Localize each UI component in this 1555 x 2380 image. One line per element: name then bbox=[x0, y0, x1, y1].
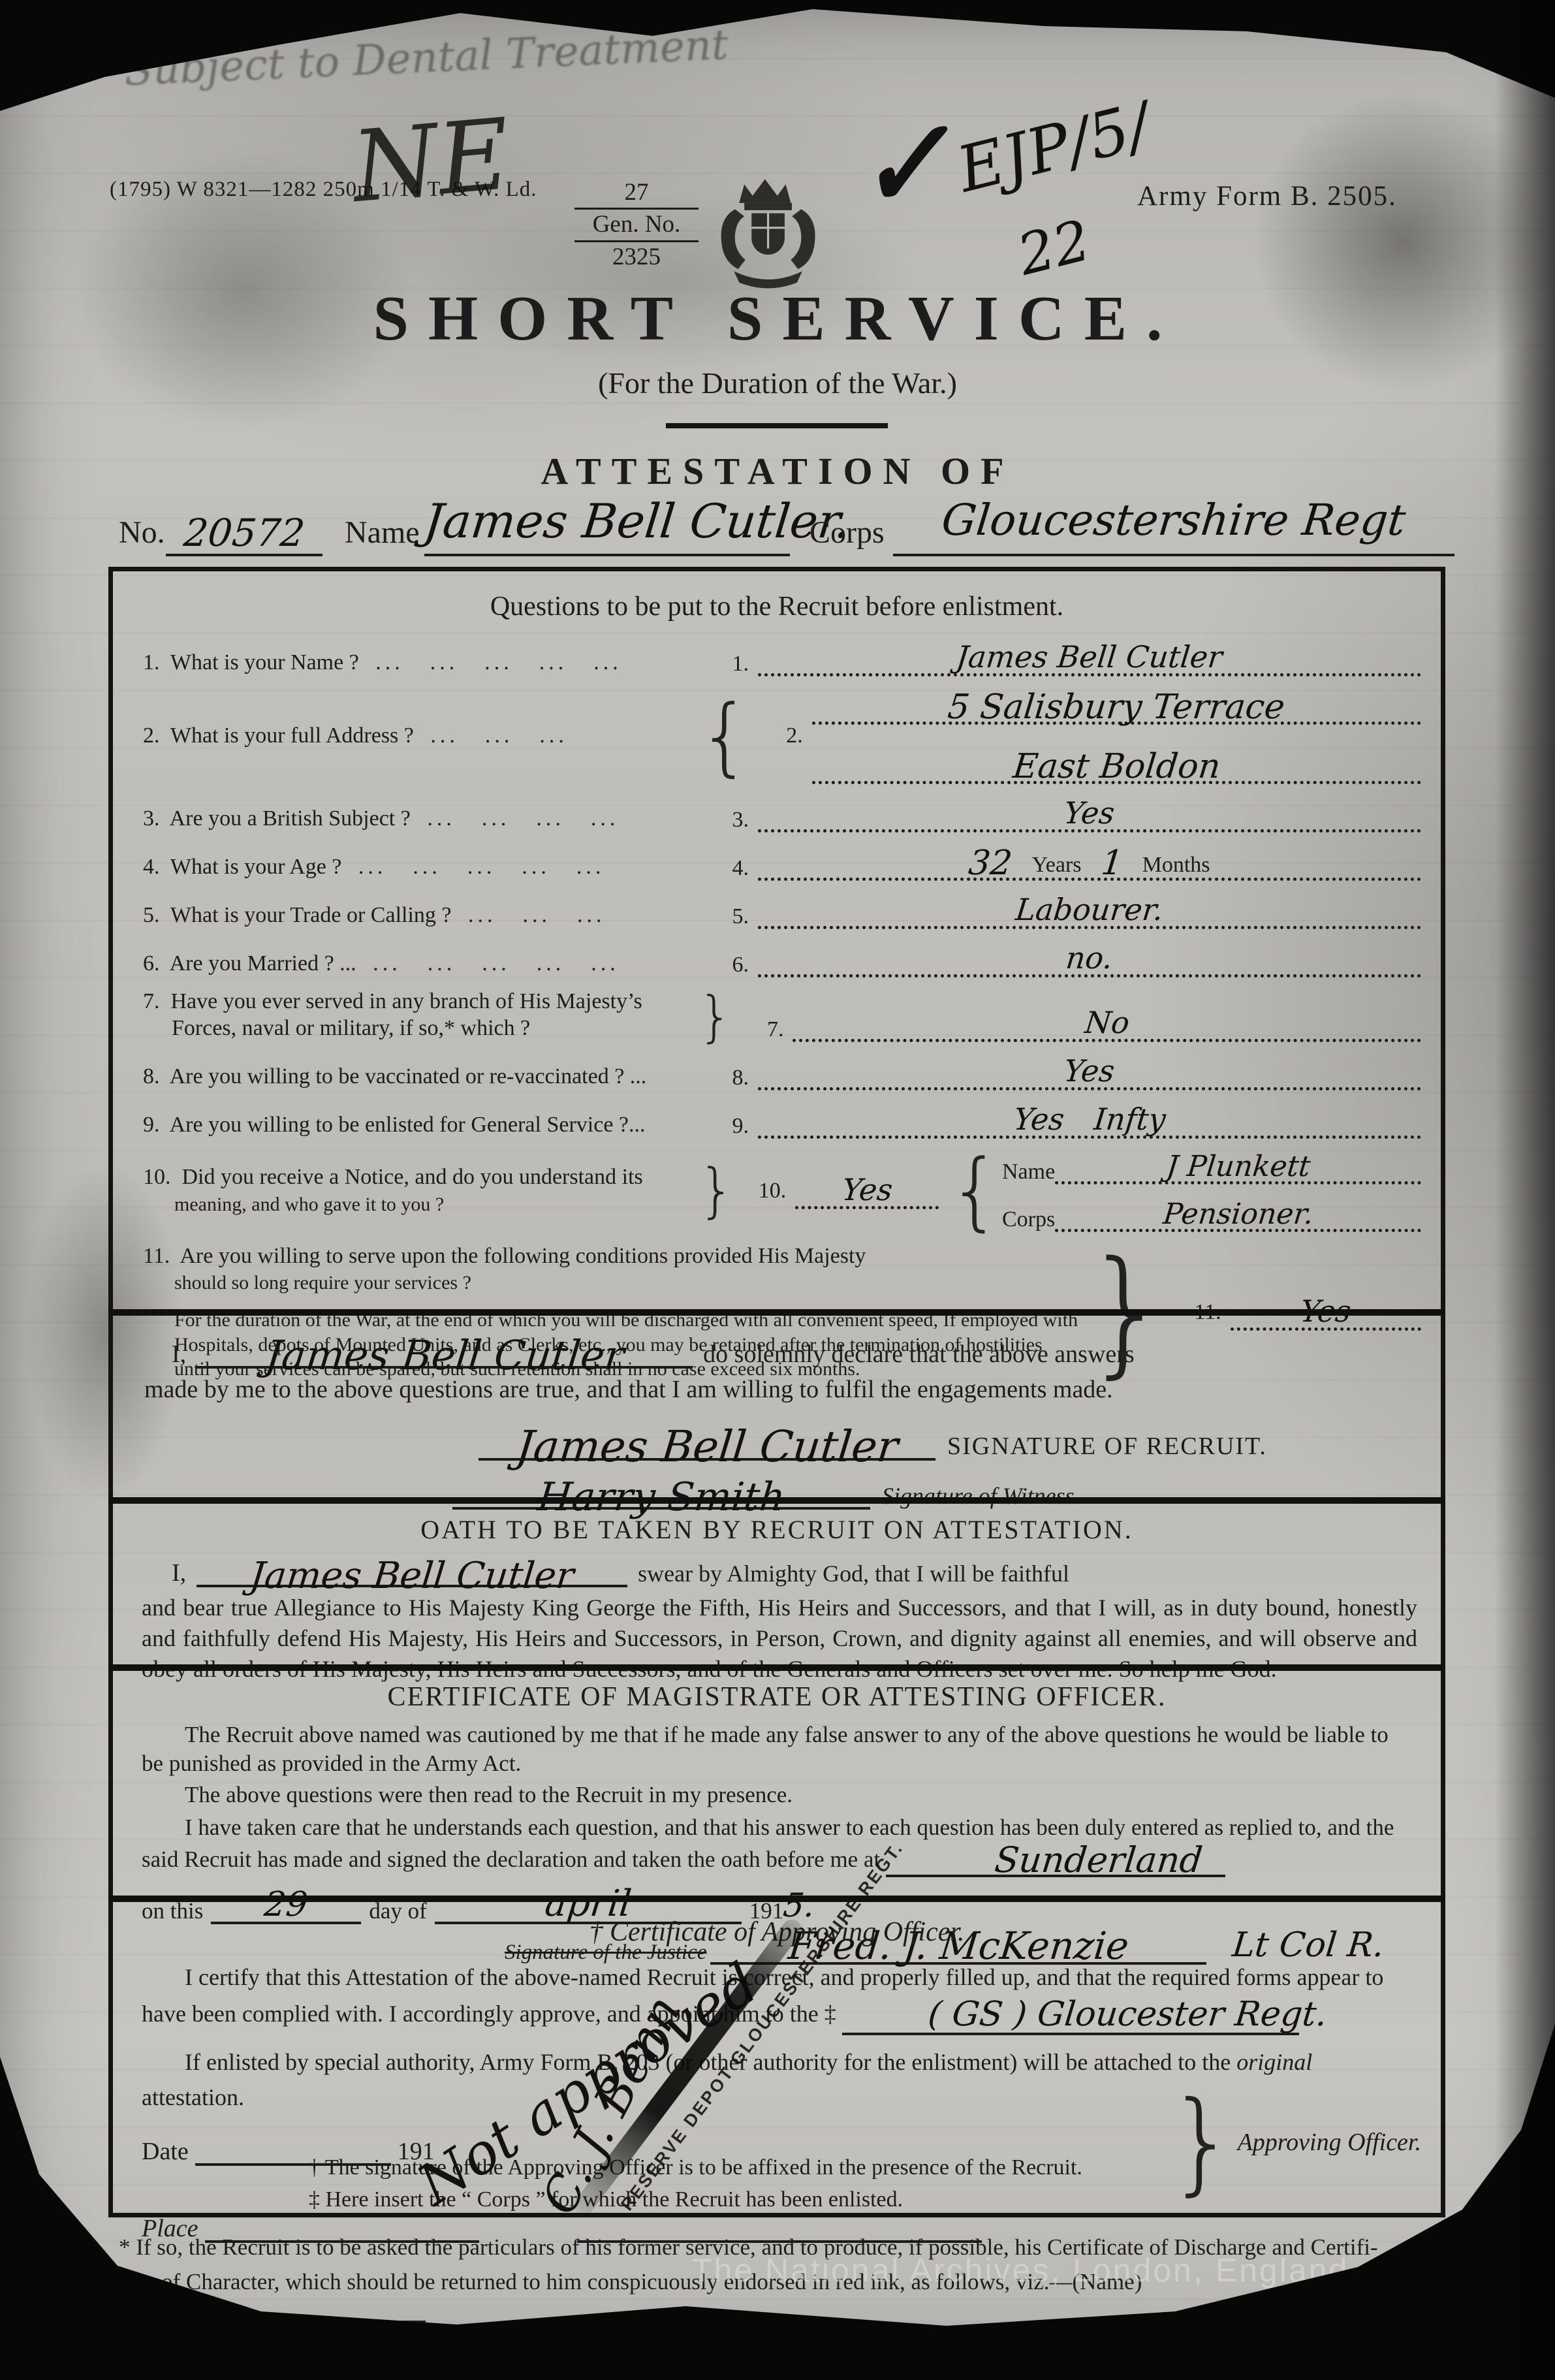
q5-answer-num: 5. bbox=[698, 904, 758, 929]
q2-answer-line1: 5 Salisbury Terrace bbox=[812, 688, 1421, 725]
q9-text: Are you willing to be enlisted for Gener… bbox=[170, 1113, 646, 1137]
magistrate-care-text: I have taken care that he understands ea… bbox=[142, 1812, 1415, 1878]
q10-answer-num: 10. bbox=[735, 1179, 795, 1203]
no-label: No. bbox=[119, 515, 165, 550]
footnote-line-3: enlisted in the (Regiment) on the (Date) bbox=[119, 2334, 1444, 2368]
q8-text: Are you willing to be vaccinated or re-v… bbox=[170, 1064, 647, 1088]
paper-sheet: Subject to Dental Treatment (1795) W 832… bbox=[0, 0, 1555, 2380]
q8-num: 8. bbox=[143, 1064, 160, 1088]
footnote-regiment-blank bbox=[371, 2355, 652, 2358]
handwritten-ejp-mark: EJP/5/ bbox=[950, 89, 1157, 207]
approving-officer-brace-block: } Approving Officer. bbox=[1167, 2098, 1421, 2187]
declaration-name-line: James Bell Cutler bbox=[196, 1333, 693, 1369]
appointed-corps-line: ( GS ) Gloucester Regt. bbox=[842, 1996, 1299, 2035]
q1-dots: ... ... ... ... ... bbox=[375, 650, 622, 674]
q2-answer-address2: East Boldon bbox=[1011, 750, 1222, 784]
oath-place-value: Sunderland bbox=[950, 1848, 1204, 1873]
q5-dots: ... ... ... bbox=[468, 903, 606, 927]
q7-answer-line: No bbox=[793, 1005, 1421, 1042]
oath-place-line: Sunderland bbox=[886, 1843, 1225, 1877]
q10-corps-line: Pensioner. bbox=[1055, 1198, 1421, 1232]
question-row-3: 3. Are you a British Subject ? ... ... .… bbox=[143, 795, 1421, 833]
q1-text: What is your Name ? bbox=[170, 650, 359, 674]
approving-officer-label: Approving Officer. bbox=[1238, 2128, 1421, 2157]
q2-num: 2. bbox=[143, 723, 160, 748]
q7-text-line1: Have you ever served in any branch of Hi… bbox=[171, 989, 642, 1013]
q4-text: What is your Age ? bbox=[170, 855, 342, 879]
name-value-line: James Bell Cutler. bbox=[424, 465, 790, 556]
oath-prefix: I, bbox=[172, 1559, 186, 1587]
question-row-9: 9. Are you willing to be enlisted for Ge… bbox=[143, 1102, 1421, 1139]
footnote-name-blank bbox=[119, 2321, 426, 2323]
q11-num: 11. bbox=[143, 1244, 170, 1268]
q10-name-line: J Plunkett bbox=[1055, 1150, 1421, 1184]
magistrate-heading: CERTIFICATE OF MAGISTRATE OR ATTESTING O… bbox=[113, 1681, 1441, 1713]
q3-answer: Yes bbox=[1063, 798, 1116, 828]
q10-answer: Yes bbox=[840, 1175, 894, 1205]
gen-no-top: 27 bbox=[574, 178, 699, 210]
no-value-line: 20572 bbox=[166, 477, 322, 556]
q4-months-label: Months bbox=[1142, 853, 1210, 878]
section-divider bbox=[108, 1896, 1445, 1902]
q5-answer-line: Labourer. bbox=[758, 892, 1421, 929]
q10-corps-value: Pensioner. bbox=[1161, 1200, 1314, 1229]
q11-text-line2: should so long require your services ? bbox=[174, 1272, 471, 1293]
q8-answer-line: Yes bbox=[758, 1053, 1421, 1090]
q4-answer-num: 4. bbox=[698, 856, 758, 881]
recruit-signature: James Bell Cutler bbox=[514, 1430, 900, 1465]
oath-heading: OATH TO BE TAKEN BY RECRUIT ON ATTESTATI… bbox=[113, 1514, 1441, 1545]
q2-brace: { bbox=[698, 698, 752, 774]
oath-name: James Bell Cutler bbox=[249, 1562, 575, 1591]
q6-answer-num: 6. bbox=[698, 953, 758, 977]
recruit-name-value: James Bell Cutler. bbox=[422, 494, 853, 548]
q10-answer-line: Yes bbox=[795, 1172, 939, 1209]
question-row-10: 10. Did you receive a Notice, and do you… bbox=[143, 1150, 1421, 1232]
question-row-7: 7. Have you ever served in any branch of… bbox=[143, 989, 1421, 1042]
q3-text: Are you a British Subject ? bbox=[170, 806, 411, 831]
handwritten-22-mark: 22 bbox=[1012, 208, 1097, 289]
q2-answer-num: 2. bbox=[752, 723, 812, 748]
corps-label: Corps bbox=[809, 515, 885, 550]
q8-answer: Yes bbox=[1063, 1056, 1116, 1086]
magistrate-caution-text: The Recruit above named was cautioned by… bbox=[142, 1721, 1415, 1778]
name-label: Name bbox=[345, 515, 420, 550]
archive-watermark: The National Archives, London, England bbox=[692, 2251, 1349, 2289]
q9-answer: Yes Infty bbox=[1012, 1104, 1167, 1134]
q4-dots: ... ... ... ... ... bbox=[358, 855, 605, 879]
q3-answer-line: Yes bbox=[758, 795, 1421, 833]
q10-brace-detail: { bbox=[948, 1152, 1002, 1229]
service-number-value: 20572 bbox=[181, 511, 307, 555]
q6-text: Are you Married ? ... bbox=[170, 951, 356, 976]
q7-answer-num: 7. bbox=[732, 1017, 793, 1042]
q1-num: 1. bbox=[143, 650, 160, 674]
form-title: SHORT SERVICE. bbox=[0, 282, 1555, 355]
q5-num: 5. bbox=[143, 903, 160, 927]
q11-text-line1: Are you willing to serve upon the follow… bbox=[180, 1244, 866, 1268]
q7-brace: } bbox=[698, 992, 732, 1042]
corps-value: Gloucestershire Regt bbox=[939, 495, 1408, 545]
q7-answer: No bbox=[1083, 1008, 1131, 1038]
declaration-text-1: do solemnly declare that the above answe… bbox=[703, 1340, 1135, 1369]
oath-section: OATH TO BE TAKEN BY RECRUIT ON ATTESTATI… bbox=[113, 1504, 1441, 1664]
q10-corps-label: Corps bbox=[1002, 1207, 1055, 1232]
gen-no-block: 27 Gen. No. 2325 bbox=[574, 178, 699, 272]
recruit-signature-line: James Bell Cutler bbox=[479, 1423, 935, 1461]
q10-name-label: Name bbox=[1002, 1160, 1055, 1184]
q1-answer-num: 1. bbox=[698, 652, 758, 676]
q6-answer: no. bbox=[1065, 943, 1114, 973]
approving-section: † Certificate of Approving Officer. I ce… bbox=[113, 1902, 1441, 2213]
q9-answer-num: 9. bbox=[698, 1114, 758, 1139]
footnote-date-label: on the (Date) bbox=[667, 2338, 788, 2363]
oath-text-first: swear by Almighty God, that I will be fa… bbox=[638, 1560, 1069, 1587]
q7-num: 7. bbox=[143, 989, 160, 1013]
footnote-regiment-label: enlisted in the (Regiment) bbox=[119, 2338, 357, 2363]
q8-answer-num: 8. bbox=[698, 1066, 758, 1090]
scanned-attestation-form: Subject to Dental Treatment (1795) W 832… bbox=[0, 0, 1555, 2380]
handwritten-ne-mark: NE bbox=[348, 98, 514, 225]
q4-answer-line: 32 Years 1 Months bbox=[758, 844, 1421, 881]
question-row-2: 2. What is your full Address ? ... ... .… bbox=[143, 688, 1421, 784]
oath-name-line: James Bell Cutler bbox=[196, 1555, 627, 1587]
q10-name-value: J Plunkett bbox=[1165, 1152, 1312, 1181]
question-row-4: 4. What is your Age ? ... ... ... ... ..… bbox=[143, 844, 1421, 881]
special-authority-original: original bbox=[1236, 2049, 1312, 2075]
magistrate-section: CERTIFICATE OF MAGISTRATE OR ATTESTING O… bbox=[113, 1671, 1441, 1896]
title-rule bbox=[666, 423, 888, 428]
form-body-box: Questions to be put to the Recruit befor… bbox=[108, 567, 1445, 2217]
appointed-corps-value: ( GS ) Gloucester Regt. bbox=[884, 2003, 1328, 2026]
q2-dots: ... ... ... bbox=[430, 723, 568, 748]
magistrate-read-text: The above questions were then read to th… bbox=[142, 1782, 1415, 1808]
scan-edge-shadow bbox=[1495, 0, 1555, 2380]
questions-heading: Questions to be put to the Recruit befor… bbox=[113, 571, 1441, 622]
form-subtitle: (For the Duration of the War.) bbox=[0, 366, 1555, 400]
question-row-1: 1. What is your Name ? ... ... ... ... .… bbox=[143, 639, 1421, 676]
q1-answer: James Bell Cutler bbox=[955, 642, 1224, 672]
q5-text: What is your Trade or Calling ? bbox=[170, 903, 452, 927]
q2-answer-address1: 5 Salisbury Terrace bbox=[947, 690, 1287, 724]
section-divider bbox=[108, 1497, 1445, 1504]
special-authority-tail: attestation. bbox=[142, 2084, 244, 2110]
q5-answer: Labourer. bbox=[1014, 895, 1165, 925]
gen-no-label: Gen. No. bbox=[574, 210, 699, 242]
q4-years-label: Years bbox=[1032, 853, 1082, 878]
q3-dots: ... ... ... ... bbox=[427, 806, 619, 831]
check-mark: ✓ bbox=[849, 93, 958, 236]
q4-age-months: 1 bbox=[1099, 846, 1125, 880]
approving-date-label: Date bbox=[142, 2137, 189, 2166]
q6-num: 6. bbox=[143, 951, 160, 976]
q1-answer-line: James Bell Cutler bbox=[758, 639, 1421, 676]
q4-age-years: 32 bbox=[967, 846, 1014, 880]
q3-answer-num: 3. bbox=[698, 808, 758, 833]
question-row-5: 5. What is your Trade or Calling ? ... .… bbox=[143, 892, 1421, 929]
q7-text-line2: Forces, naval or military, if so,* which… bbox=[172, 1016, 530, 1040]
q10-text-line1: Did you receive a Notice, and do you und… bbox=[182, 1165, 643, 1189]
q6-answer-line: no. bbox=[758, 940, 1421, 977]
q3-num: 3. bbox=[143, 806, 160, 831]
recruit-signature-label: SIGNATURE OF RECRUIT. bbox=[947, 1432, 1267, 1461]
q10-num: 10. bbox=[143, 1165, 171, 1189]
declaration-prefix: I, bbox=[172, 1340, 186, 1369]
footnote-date-blank bbox=[802, 2355, 1024, 2358]
section-divider bbox=[108, 1664, 1445, 1671]
q10-brace-q: } bbox=[698, 1164, 735, 1217]
q2-text: What is your full Address ? bbox=[170, 723, 414, 748]
q10-text-line2: meaning, and who gave it to you ? bbox=[174, 1194, 444, 1215]
q6-dots: ... ... ... ... ... bbox=[373, 951, 620, 976]
section-divider bbox=[108, 1309, 1445, 1316]
form-reference: Army Form B. 2505. bbox=[1137, 180, 1397, 212]
royal-crest-icon bbox=[705, 165, 829, 295]
approving-officer-brace: } bbox=[1167, 2098, 1237, 2187]
q4-num: 4. bbox=[143, 855, 160, 879]
pencil-annotation: Subject to Dental Treatment bbox=[123, 21, 729, 95]
q9-num: 9. bbox=[143, 1113, 160, 1137]
gen-no-value: 2325 bbox=[574, 242, 699, 272]
q2-answer-line2: East Boldon bbox=[812, 747, 1421, 784]
declaration-section: I, James Bell Cutler do solemnly declare… bbox=[113, 1316, 1441, 1497]
question-row-8: 8. Are you willing to be vaccinated or r… bbox=[143, 1053, 1421, 1090]
declaration-name: James Bell Cutler bbox=[264, 1339, 625, 1372]
corps-value-line: Gloucestershire Regt bbox=[893, 465, 1454, 556]
question-row-6: 6. Are you Married ? ... ... ... ... ...… bbox=[143, 940, 1421, 977]
declaration-text-2: made by me to the above questions are tr… bbox=[144, 1375, 1415, 1404]
q9-answer-line: Yes Infty bbox=[758, 1102, 1421, 1139]
questions-section: Questions to be put to the Recruit befor… bbox=[113, 571, 1441, 1309]
